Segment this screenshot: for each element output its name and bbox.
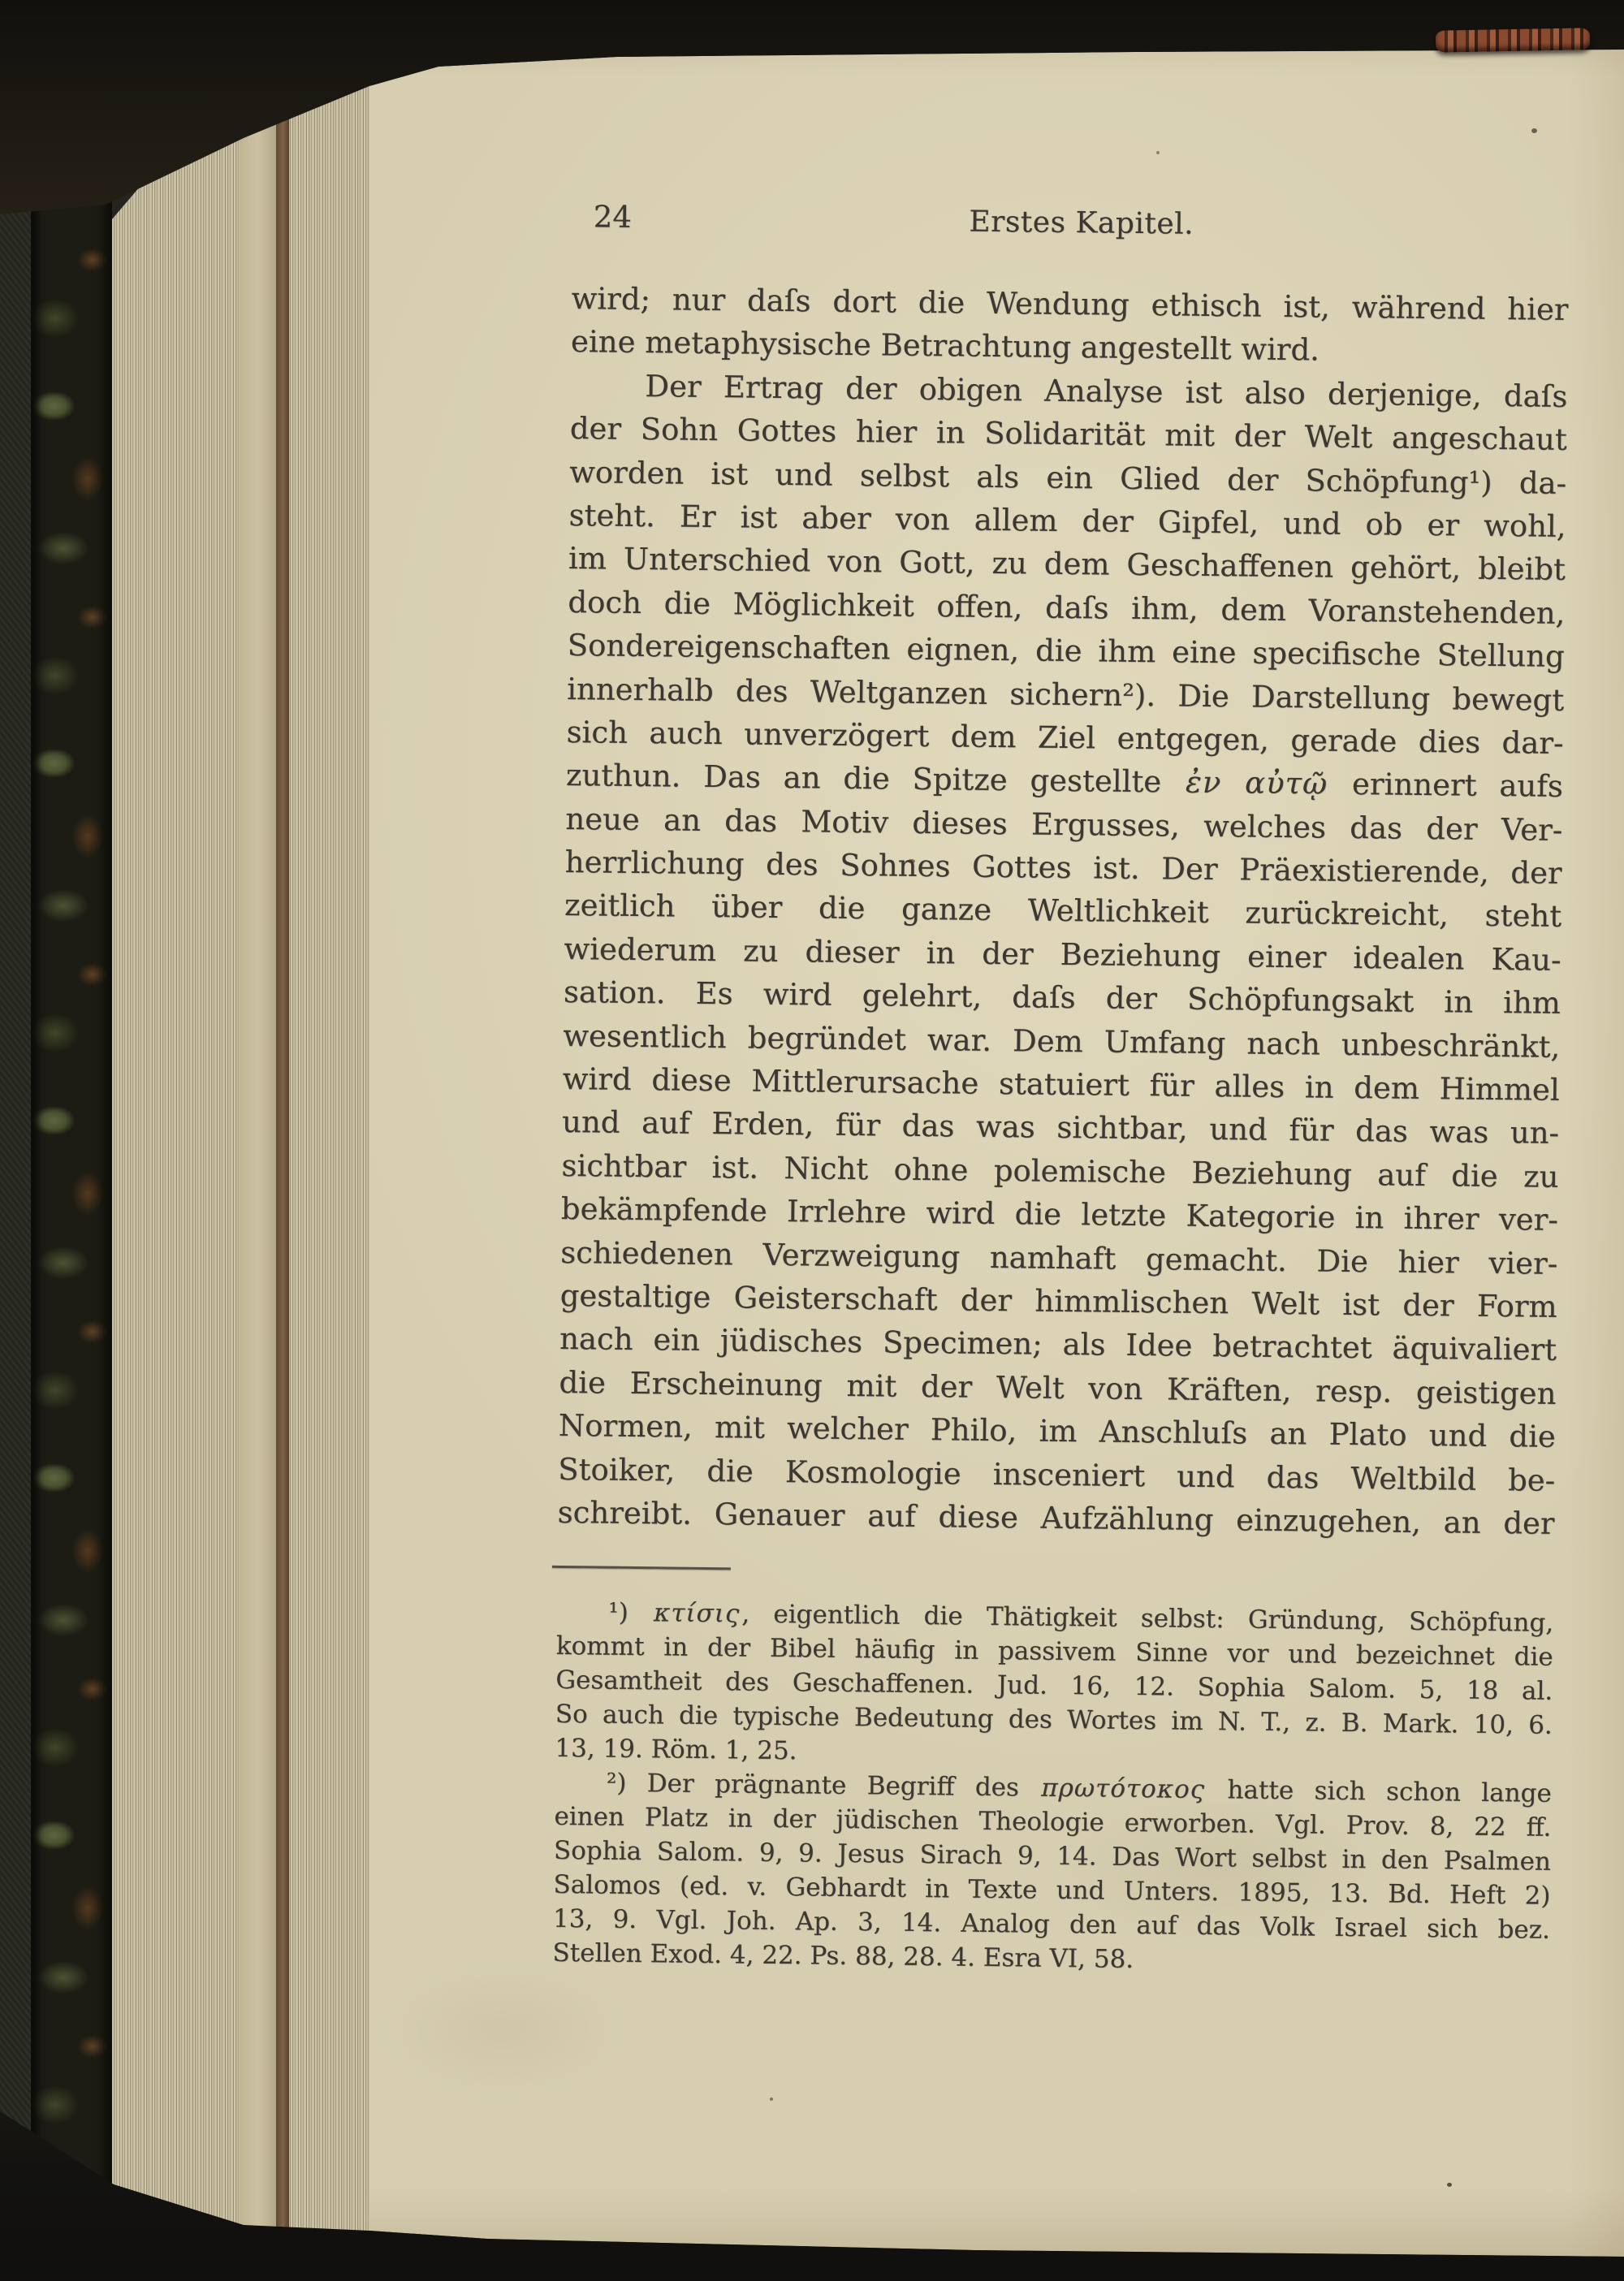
greek-phrase: πρωτότοκος — [1039, 1773, 1207, 1804]
book-scan: { "page": { "number": "24", "running_tit… — [0, 0, 1624, 2281]
headband — [1436, 28, 1590, 52]
greek-phrase: κτίσις — [652, 1599, 742, 1629]
body-text: wird; nur daſs dort die Wendung ethisch … — [557, 277, 1568, 1545]
greek-phrase: ἐν αὐτῷ — [1184, 765, 1330, 801]
footnote-separator — [552, 1566, 731, 1570]
paper-speck — [770, 2097, 773, 2101]
footnote-2: ²) Der prägnante Begriff des πρωτότοκος … — [552, 1765, 1552, 1981]
paper-speck — [1531, 128, 1537, 133]
printed-text-block: 24 Erstes Kapitel. wird; nur daſs dort d… — [552, 199, 1570, 1981]
marbled-cover — [31, 0, 112, 2281]
fore-edge-band — [240, 47, 276, 2276]
fore-edge-brown-line — [276, 47, 289, 2276]
paper-speck — [1156, 151, 1160, 154]
page-edge-stack — [112, 47, 370, 2276]
paper-speck — [1447, 2183, 1452, 2187]
footnote-1: ¹) κτίσις, eigentlich die Thätigkeit sel… — [555, 1595, 1553, 1777]
